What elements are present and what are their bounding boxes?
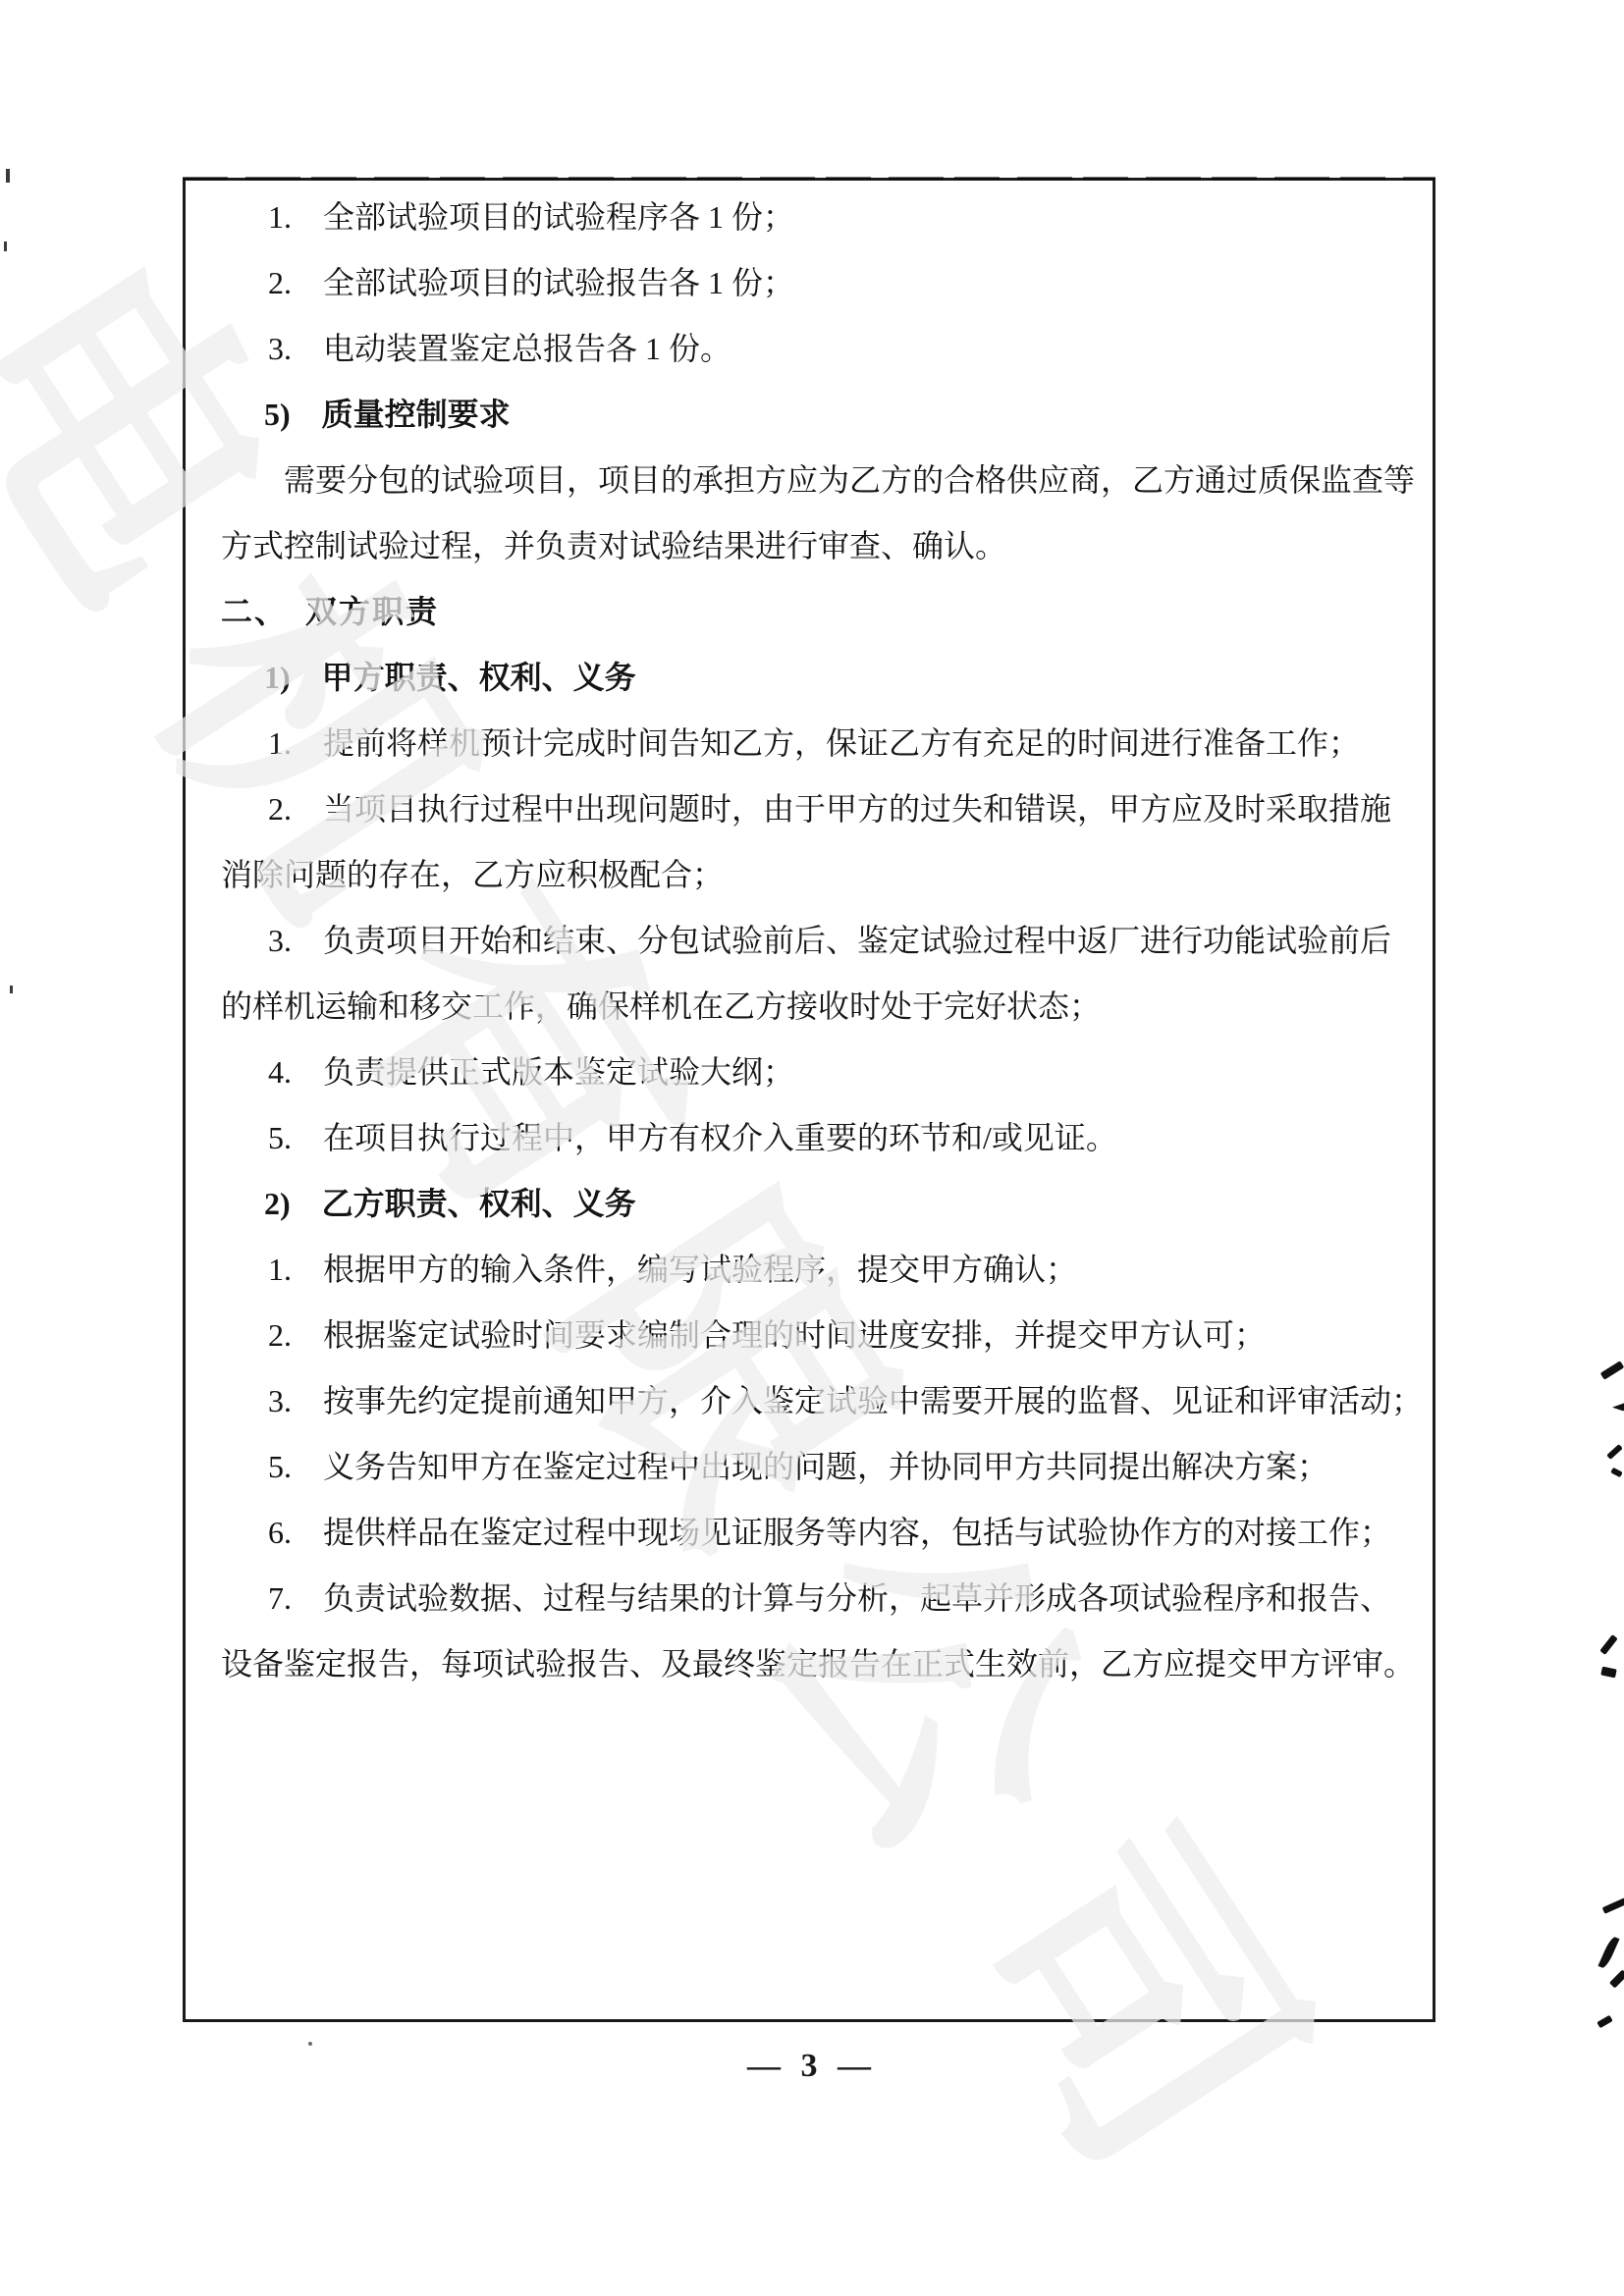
scan-edge-speck: [4, 241, 7, 251]
document-content: 1. 全部试验项目的试验程序各 1 份；2. 全部试验项目的试验报告各 1 份；…: [221, 185, 1427, 1697]
text-line: 2) 乙方职责、权利、义务: [221, 1171, 1427, 1237]
text-line: 1. 提前将样机预计完成时间告知乙方，保证乙方有充足的时间进行准备工作；: [221, 711, 1427, 776]
text-line: 5. 在项目执行过程中，甲方有权介入重要的环节和/或见证。: [221, 1105, 1427, 1171]
text-line: 3. 按事先约定提前通知甲方，介入鉴定试验中需要开展的监督、见证和评审活动；: [221, 1368, 1427, 1434]
text-line: 需要分包的试验项目，项目的承担方应为乙方的合格供应商，乙方通过质保监查等: [221, 448, 1427, 513]
text-line: 1. 全部试验项目的试验程序各 1 份；: [221, 185, 1427, 250]
margin-ink-mark: [1610, 1468, 1623, 1477]
text-line: 1) 甲方职责、权利、义务: [221, 645, 1427, 711]
text-line: 4. 负责提供正式版本鉴定试验大纲；: [221, 1040, 1427, 1105]
margin-ink-mark: [1597, 1936, 1619, 1970]
margin-ink-mark: [1599, 1634, 1617, 1655]
margin-ink-mark: [1602, 1897, 1624, 1914]
text-line: 2. 全部试验项目的试验报告各 1 份；: [221, 250, 1427, 316]
text-line: 的样机运输和移交工作，确保样机在乙方接收时处于完好状态；: [221, 974, 1427, 1040]
scan-dot-speck: [308, 2042, 312, 2046]
scan-edge-speck: [6, 169, 10, 183]
margin-ink-mark: [1606, 1444, 1623, 1460]
text-line: 5) 质量控制要求: [221, 382, 1427, 448]
margin-ink-mark: [1612, 1398, 1624, 1412]
text-line: 3. 电动装置鉴定总报告各 1 份。: [221, 316, 1427, 382]
text-line: 3. 负责项目开始和结束、分包试验前后、鉴定试验过程中返厂进行功能试验前后: [221, 908, 1427, 974]
text-line: 6. 提供样品在鉴定过程中现场见证服务等内容，包括与试验协作方的对接工作；: [221, 1500, 1427, 1566]
margin-ink-mark: [1600, 1667, 1617, 1679]
margin-ink-mark: [1597, 2015, 1612, 2029]
text-line: 方式控制试验过程，并负责对试验结果进行审查、确认。: [221, 513, 1427, 579]
margin-ink-mark: [1600, 1361, 1624, 1380]
text-line: 7. 负责试验数据、过程与结果的计算与分析，起草并形成各项试验程序和报告、: [221, 1566, 1427, 1631]
text-line: 消除问题的存在，乙方应积极配合；: [221, 842, 1427, 908]
text-line: 5. 义务告知甲方在鉴定过程中出现的问题，并协同甲方共同提出解决方案；: [221, 1434, 1427, 1500]
text-line: 1. 根据甲方的输入条件，编写试验程序，提交甲方确认；: [221, 1237, 1427, 1303]
text-line: 2. 当项目执行过程中出现问题时，由于甲方的过失和错误，甲方应及时采取措施: [221, 776, 1427, 842]
text-line: 二、 双方职责: [221, 579, 1427, 645]
text-line: 2. 根据鉴定试验时间要求编制合理的时间进度安排，并提交甲方认可；: [221, 1303, 1427, 1368]
page-number: — 3 —: [0, 2048, 1624, 2085]
text-line: 设备鉴定报告，每项试验报告、及最终鉴定报告在正式生效前，乙方应提交甲方评审。: [221, 1631, 1427, 1697]
scan-edge-speck: [10, 986, 13, 993]
margin-ink-mark: [1609, 1969, 1624, 1988]
